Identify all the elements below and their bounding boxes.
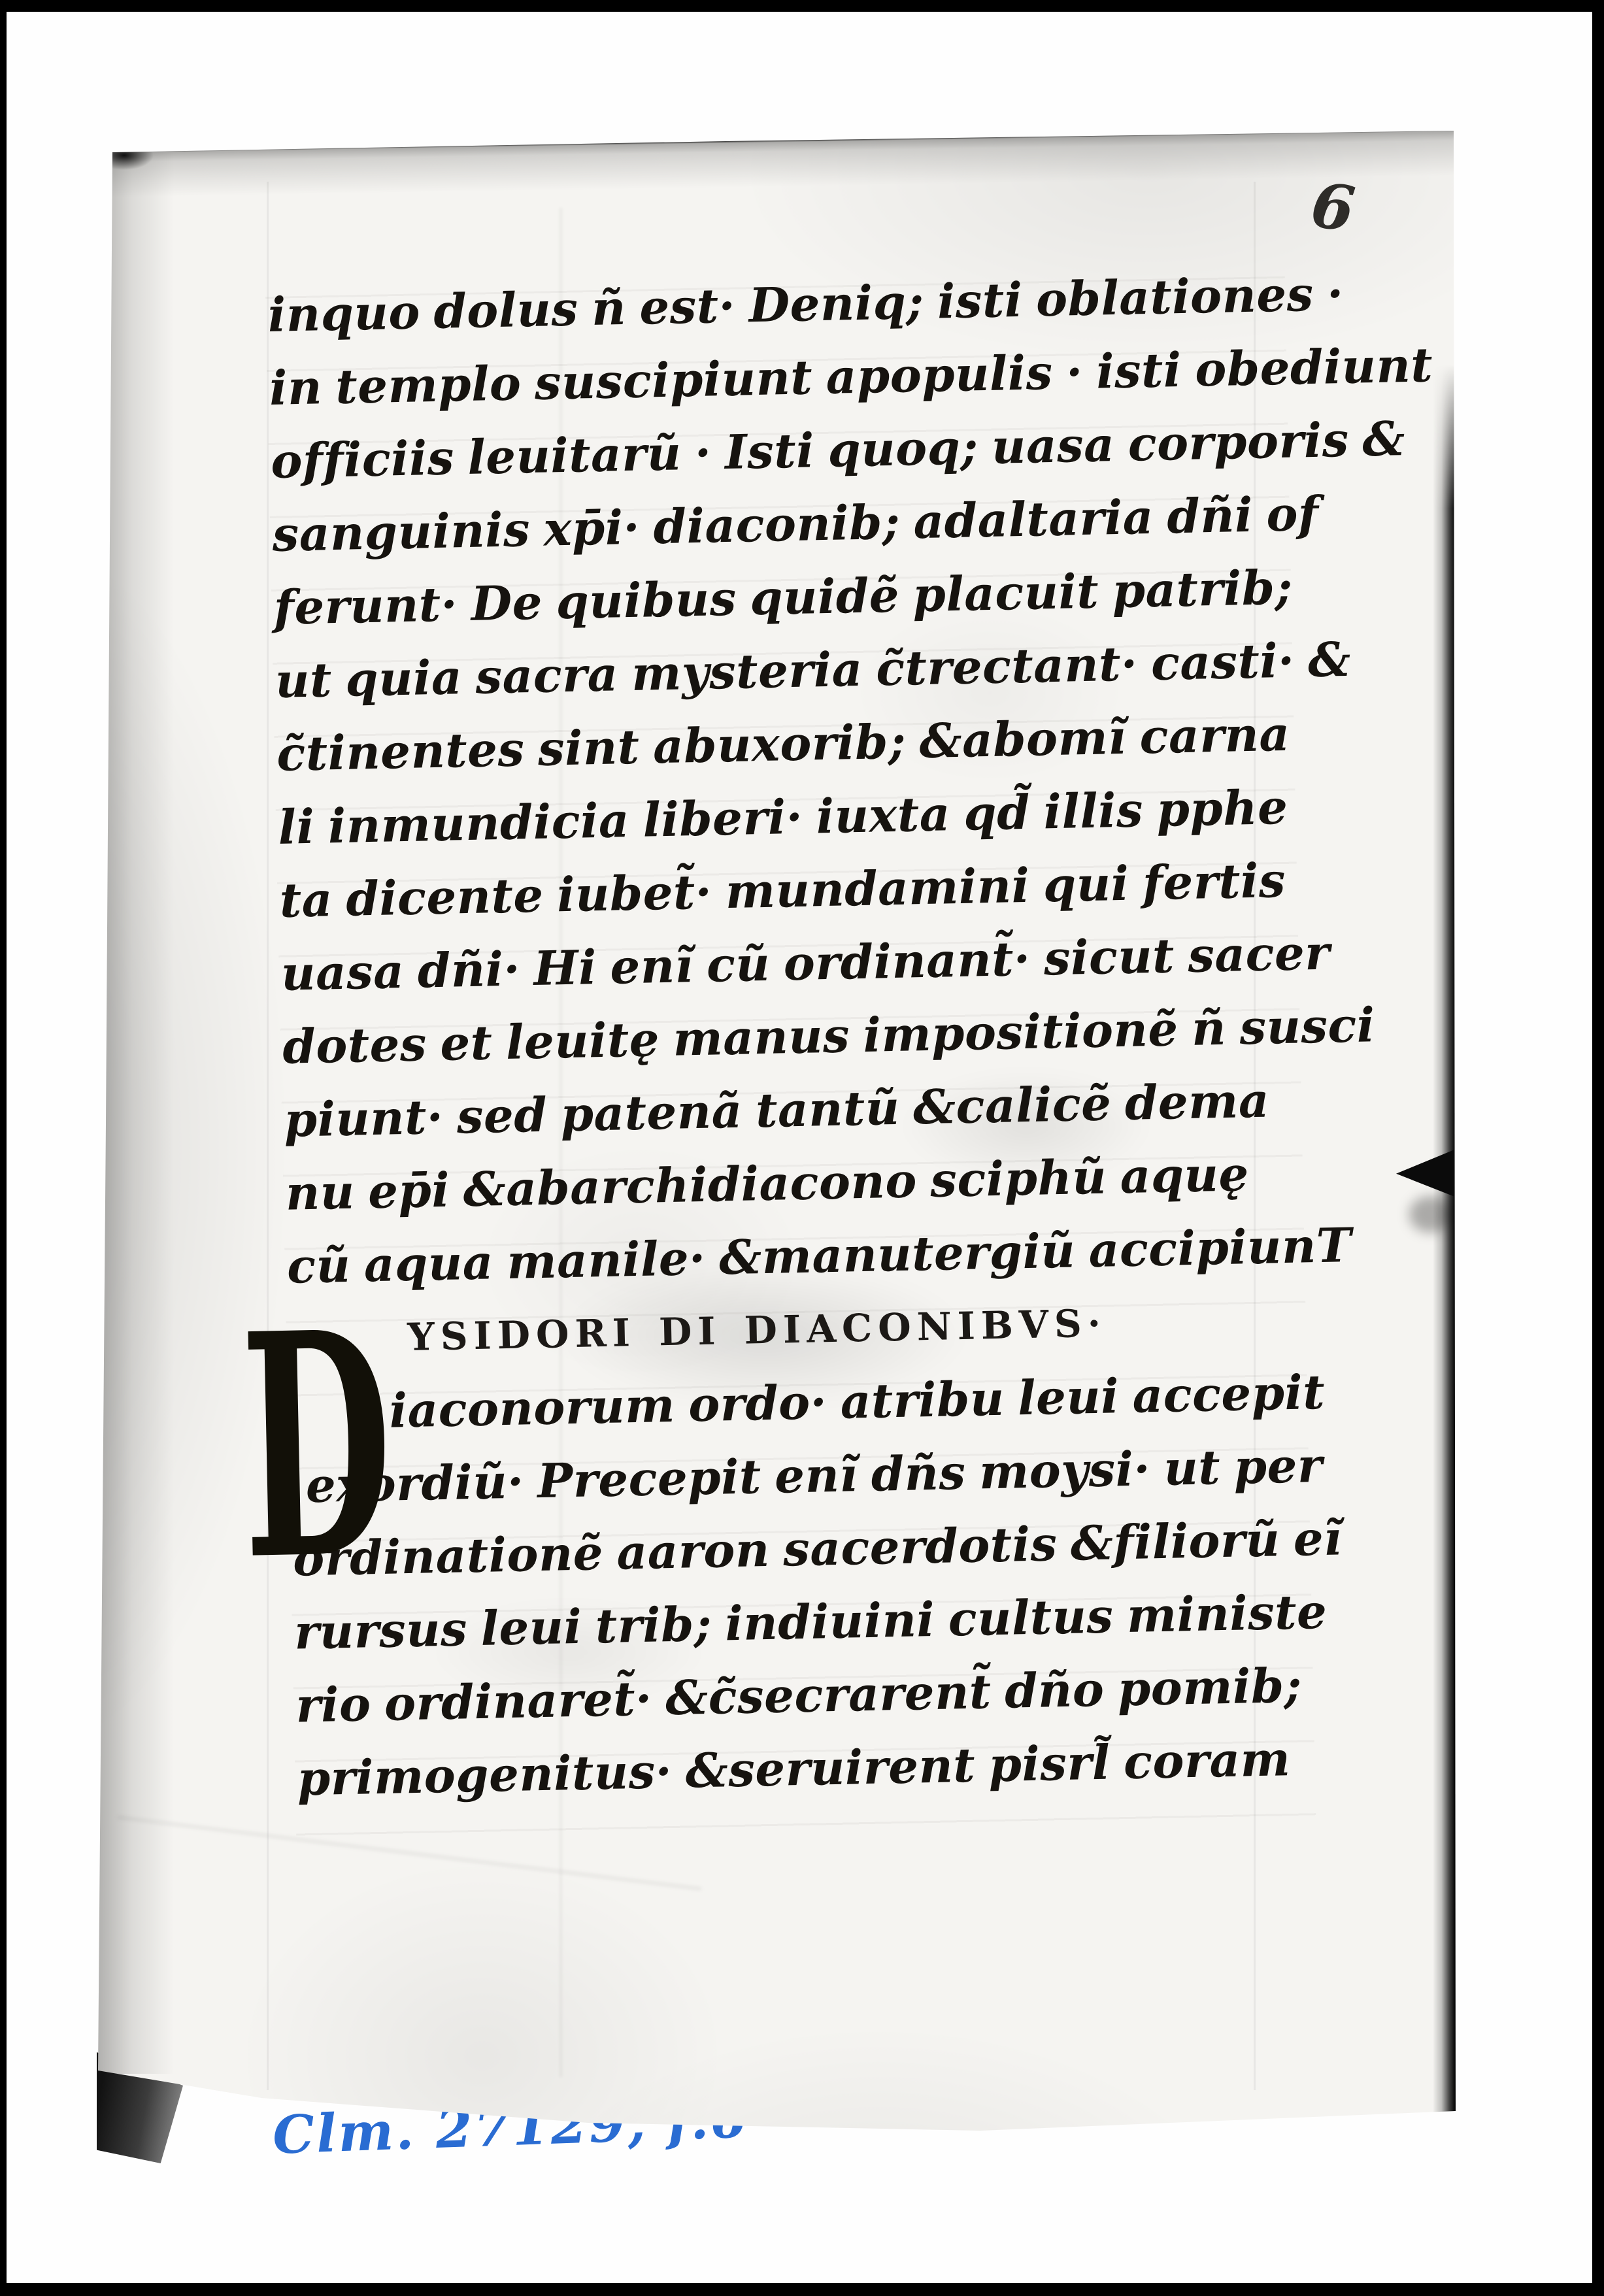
photo-paper: 6 inquo dolus ñ est· Deniq; isti oblatio… [7,12,1592,2283]
ruling-margin-line-left [267,182,269,2090]
manuscript-photo-screenshot: { "photo": { "folio_number": "6", "annot… [0,0,1604,2296]
text-block: inquo dolus ñ est· Deniq; isti oblatione… [267,258,1344,1816]
manuscript-page: 6 inquo dolus ñ est· Deniq; isti oblatio… [7,12,1592,2283]
binding-tab-shadow [1409,1196,1452,1233]
binding-tab-icon [1396,1144,1458,1201]
page-top-edge-shadow [110,124,1458,197]
initial-letter-d: D [239,1292,326,1601]
folio-number: 6 [1306,169,1394,263]
page-left-edge-shadow [93,152,197,2074]
page-right-edge-shadow [1433,365,1458,2116]
